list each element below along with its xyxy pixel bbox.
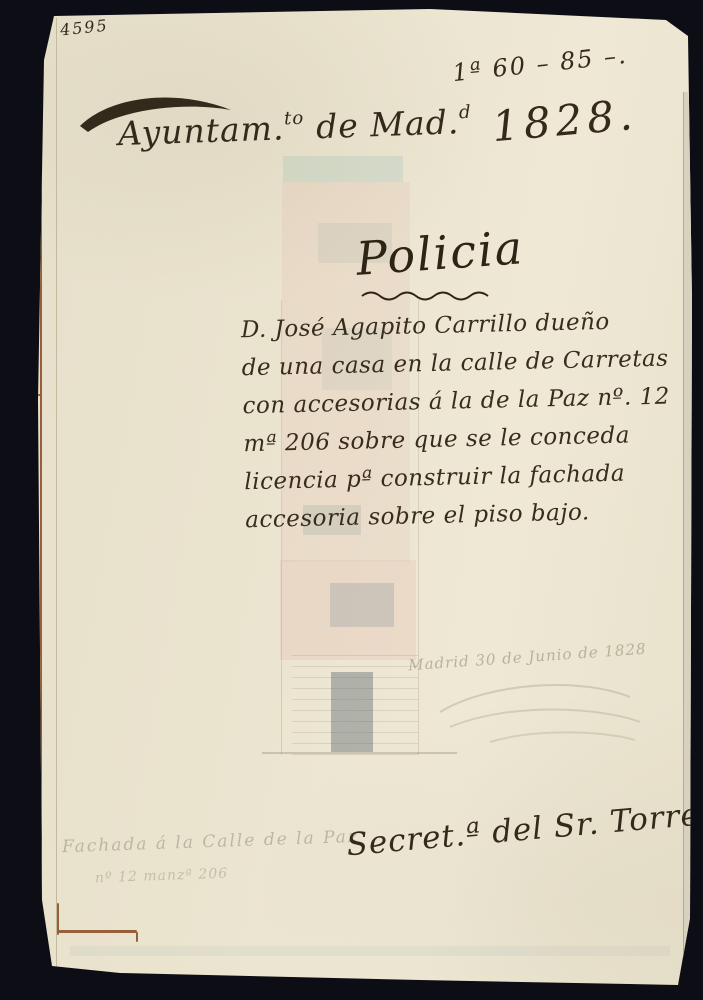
binding-fold-line — [56, 18, 57, 968]
header-title-mid: de Mad. — [304, 102, 460, 146]
document-title: Policia — [354, 220, 525, 286]
header-title-main: Ayuntam. — [117, 108, 285, 153]
ghost-signature-flourish — [430, 672, 650, 752]
ghost-facade-wall-lower — [280, 560, 416, 660]
binding-thread-vertical — [40, 58, 42, 983]
secretary-signature: Secret.ª del Sr. Torre — [345, 797, 701, 864]
binding-corner-stitch-hook — [136, 932, 138, 942]
ghost-facade-top-band — [283, 156, 403, 182]
binding-corner-stitch-horizontal — [57, 930, 137, 933]
archive-number: 4595 — [59, 16, 109, 40]
title-underline-icon — [360, 288, 510, 302]
bottom-scan-band — [70, 946, 670, 956]
ghost-masonry-courses — [292, 655, 418, 755]
ghost-date-line: Madrid 30 de Junio de 1828 — [408, 640, 647, 675]
file-reference: 1ª 60 – 85 –. — [451, 41, 629, 87]
header-title-superscript-d: d — [459, 102, 472, 123]
header-title-superscript-to: to — [284, 108, 305, 130]
manuscript-page: Madrid 30 de Junio de 1828 Fachada á la … — [0, 0, 703, 1000]
binding-stitch-1 — [16, 224, 42, 226]
binding-stitch-3 — [22, 735, 42, 737]
ghost-caption-line-2: nº 12 manzª 206 — [95, 866, 229, 887]
ghost-window-4 — [330, 583, 394, 627]
year: 1828. — [490, 90, 639, 151]
binding-stitch-2 — [20, 394, 42, 396]
underlying-page-edge — [683, 92, 693, 980]
body-paragraph: D. José Agapito Carrillo dueño de una ca… — [240, 301, 703, 539]
ghost-caption-line-1: Fachada á la Calle de la Paz — [62, 827, 359, 857]
